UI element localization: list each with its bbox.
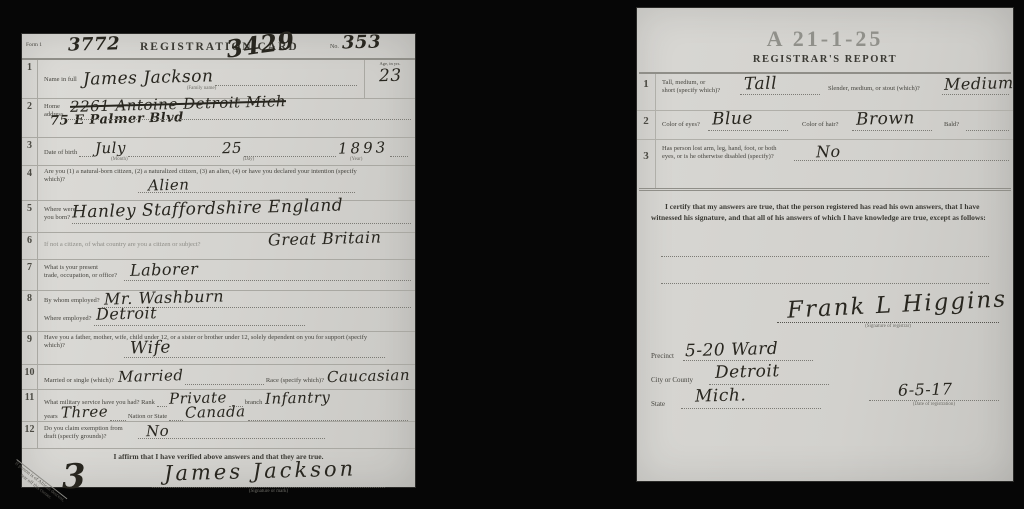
employer-label: By whom employed? (44, 297, 100, 305)
state-value: Mich. (695, 385, 747, 406)
field-number: 3 (637, 140, 656, 188)
report-location-section: Precinct 5-20 Ward City or County Detroi… (637, 340, 1013, 430)
birthplace-label-2: you born? (44, 214, 76, 222)
field-row-exemption: 12 Do you claim exemption from draft (sp… (22, 421, 415, 448)
occupation-label-1: What is your present (44, 264, 117, 272)
field-row-address: 2 Home address 2261 Antoine Detroit Mich… (22, 98, 415, 137)
nation-label: Nation or State (128, 413, 167, 421)
birthplace-label-1: Where were (44, 206, 76, 214)
city-county-value: Detroit (715, 361, 780, 383)
bald-label: Bald? (944, 121, 959, 129)
handwritten-card-number: 353 (342, 31, 382, 53)
where-employed-value: Detroit (96, 303, 158, 324)
nationality-value: Great Britain (268, 228, 382, 250)
card-no-label: No. (330, 44, 339, 51)
eye-color-label: Color of eyes? (662, 121, 700, 129)
disability-value: No (816, 142, 841, 162)
race-label: Race (specify which)? (266, 377, 324, 385)
field-number: 1 (22, 60, 38, 98)
state-label: State (651, 400, 665, 408)
field-number: 1 (637, 74, 656, 110)
disability-label-1: Has person lost arm, leg, hand, foot, or… (662, 145, 776, 153)
document-scan: Form 1 3772 REGISTRATION CARD 3429 No. 3… (0, 0, 1024, 509)
birthplace-value: Hanley Staffordshire England (72, 195, 344, 222)
registrars-report-card: A 21-1-25 REGISTRAR'S REPORT 1 Tall, med… (637, 8, 1013, 481)
report-header: A 21-1-25 REGISTRAR'S REPORT (637, 8, 1013, 72)
hair-color-label: Color of hair? (802, 121, 838, 129)
field-row-citizenship: 4 Are you (1) a natural-born citizen, (2… (22, 165, 415, 200)
occupation-value: Laborer (130, 259, 199, 280)
branch-value: Infantry (265, 388, 331, 408)
name-value: James Jackson (83, 66, 214, 89)
field-row-birthdate: 3 Date of birth July 25 1893 (Month) (Da… (22, 137, 415, 165)
branch-label: branch (245, 399, 263, 407)
registration-card: Form 1 3772 REGISTRATION CARD 3429 No. 3… (22, 34, 415, 487)
report-title: REGISTRAR'S REPORT (637, 52, 1013, 65)
field-number: 8 (22, 291, 38, 331)
field-number: 6 (22, 233, 38, 259)
registrar-signature-sub-label: (Signature of registrar) (777, 324, 999, 329)
height-value: Tall (744, 74, 778, 95)
marital-label: Married or single (which)? (44, 377, 114, 385)
handwritten-corner-mark: 3 (61, 457, 86, 498)
height-label-1: Tall, medium, or (662, 79, 720, 87)
birthdate-label: Date of birth (44, 149, 77, 157)
form-number-label: Form 1 (26, 42, 42, 49)
registrant-signature: James Jackson (164, 456, 357, 485)
citizenship-question-label: Are you (1) a natural-born citizen, (2) … (44, 168, 374, 184)
field-row-dependents: 9 Have you a father, mother, wife, child… (22, 331, 415, 364)
signature-section: I affirm that I have verified above answ… (22, 448, 415, 504)
eye-color-value: Blue (712, 108, 753, 129)
precinct-value: 5-20 Ward (685, 338, 779, 360)
home-address-label-1: Home (44, 103, 64, 111)
nation-value: Canada (185, 402, 246, 422)
registrar-signature: Frank L Higgins (786, 286, 1007, 323)
build-value: Medium (944, 73, 1014, 94)
field-number: 5 (22, 201, 38, 232)
field-row-occupation: 7 What is your present trade, occupation… (22, 259, 415, 290)
field-row-military-service: 11 What military service have you had? R… (22, 389, 415, 421)
signature-sub-label: (Signature or mark) (152, 489, 385, 494)
field-number: 12 (22, 422, 38, 448)
registration-date-sub-label: (Date of registration) (869, 402, 999, 407)
build-label: Slender, medium, or stout (which)? (828, 85, 920, 93)
year-sub-label: (Year) (302, 157, 410, 162)
report-row-disability: 3 Has person lost arm, leg, hand, foot, … (637, 139, 1013, 188)
day-sub-label: (Day) (195, 157, 303, 162)
stamp-code: A 21-1-25 (637, 8, 1013, 52)
birth-year-value: 1893 (338, 138, 389, 157)
age-value: 23 (378, 66, 401, 87)
birth-day-value: 25 (222, 139, 243, 158)
where-employed-label: Where employed? (44, 315, 91, 323)
certification-section: I certify that my answers are true, that… (637, 191, 1013, 284)
certification-statement: I certify that my answers are true, that… (651, 201, 999, 224)
birth-month-value: July (95, 139, 126, 158)
years-value: Three (60, 402, 108, 421)
race-value: Caucasian (327, 366, 410, 386)
disability-label-2: eyes, or is he otherwise disabled (speci… (662, 153, 776, 161)
occupation-label-2: trade, occupation, or office? (44, 272, 117, 280)
african-descent-corner-note: If person is of African descent, tear of… (8, 459, 67, 509)
field-number: 9 (22, 332, 38, 364)
nationality-question-label: If not a citizen, of what country are yo… (44, 241, 200, 249)
handwritten-serial-number: 3772 (68, 33, 121, 55)
height-label-2: short (specify which)? (662, 87, 720, 95)
field-row-employer: 8 By whom employed? Mr. Washburn Where e… (22, 290, 415, 331)
report-row-height-build: 1 Tall, medium, or short (specify which)… (637, 74, 1013, 110)
registration-date-value: 6-5-17 (898, 379, 953, 399)
registrar-signature-section: Frank L Higgins (Signature of registrar) (637, 284, 1013, 340)
field-number: 10 (22, 365, 38, 389)
field-row-name: 1 Name in full James Jackson (Family nam… (22, 60, 415, 98)
month-sub-label: (Month) (44, 157, 195, 162)
handwritten-stamp-number: 3429 (224, 25, 296, 63)
dependents-question-label: Have you a father, mother, wife, child u… (44, 334, 384, 350)
field-row-marital-race: 10 Married or single (which)? Married Ra… (22, 364, 415, 389)
field-number: 3 (22, 138, 38, 165)
field-row-nationality: 6 If not a citizen, of what country are … (22, 232, 415, 259)
field-number: 2 (22, 99, 38, 137)
exemption-question-label: Do you claim exemption from draft (speci… (44, 425, 134, 441)
field-number: 7 (22, 260, 38, 290)
years-label: years (44, 413, 58, 421)
marital-value: Married (118, 366, 184, 386)
field-number: 2 (637, 111, 656, 139)
precinct-label: Precinct (651, 352, 674, 360)
registration-card-header: Form 1 3772 REGISTRATION CARD 3429 No. 3… (22, 34, 415, 60)
age-box: Age, in yrs. 23 (364, 60, 415, 98)
name-label: Name in full (44, 76, 77, 86)
field-number: 4 (22, 166, 38, 200)
field-number: 11 (22, 390, 38, 421)
dependents-value: Wife (130, 337, 171, 358)
hair-color-value: Brown (856, 108, 915, 130)
city-county-label: City or County (651, 376, 693, 384)
report-row-eyes-hair: 2 Color of eyes? Blue Color of hair? Bro… (637, 110, 1013, 139)
